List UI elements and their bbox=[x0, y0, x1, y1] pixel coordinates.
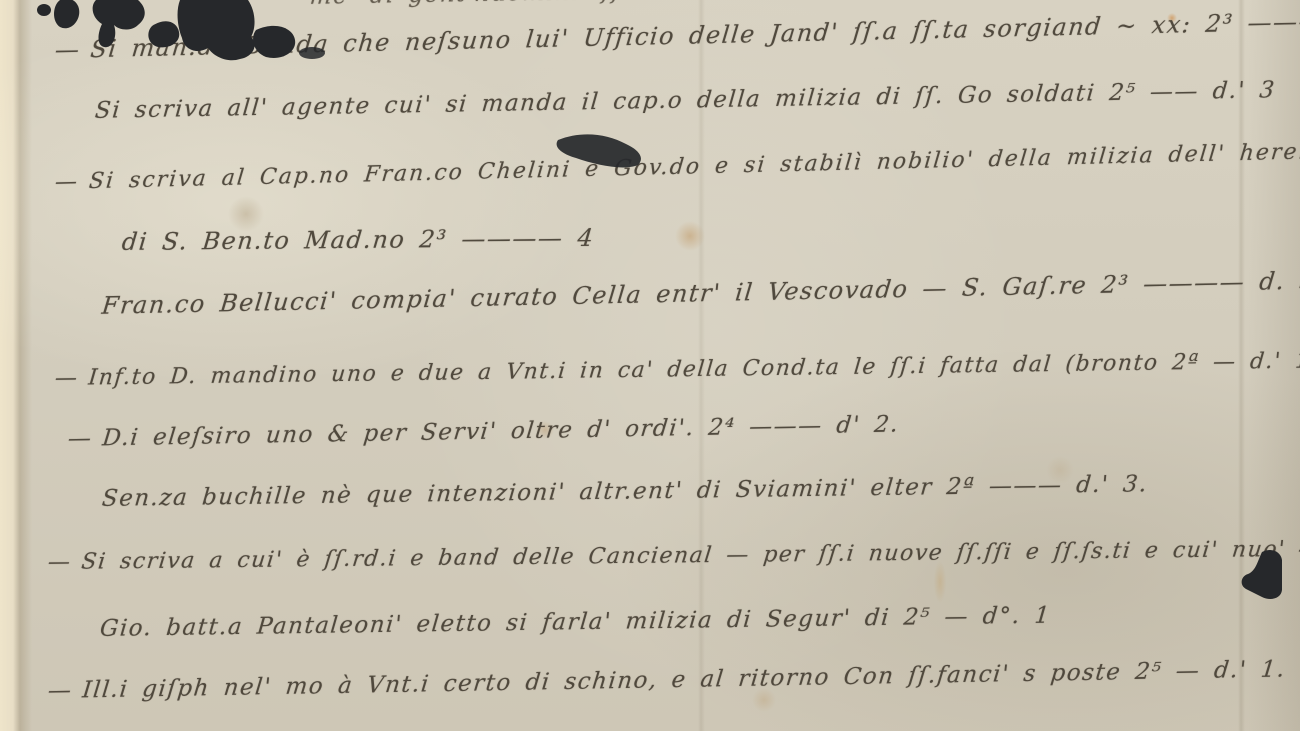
manuscript-line-10: —Si scriva a cui' è ſſ.rd.i e band delle… bbox=[47, 536, 1300, 575]
manuscript-line-4: —Si scriva al Cap.no Fran.co Chelini e G… bbox=[54, 139, 1300, 195]
entry-dash bbox=[91, 292, 94, 320]
entry-dash bbox=[89, 616, 91, 642]
entry-text: me' di gent'huomini' ſſ ℓ' ————— x 1 bbox=[309, 0, 851, 10]
entry-text: Fran.co Bellucci' compia' curato Cella e… bbox=[101, 266, 1300, 320]
manuscript-line-1: me' di gent'huomini' ſſ ℓ' ————— x 1 bbox=[299, 0, 851, 10]
entry-dash: — bbox=[47, 678, 74, 704]
entry-dash bbox=[84, 98, 86, 124]
manuscript-line-6: Fran.co Bellucci' compia' curato Cella e… bbox=[91, 266, 1300, 320]
manuscript-line-11: Gio. batt.a Pantaleoni' eletto si farla'… bbox=[89, 603, 1052, 642]
manuscript-line-2: —Si man.da Banda che neſsuno lui' Uffici… bbox=[54, 5, 1300, 64]
entry-dash bbox=[299, 0, 301, 10]
entry-text: di S. Ben.to Mad.no 2³ ———— 4 bbox=[121, 224, 596, 256]
manuscript-line-7: —Inf.to D. mandino uno e due a Vnt.i in … bbox=[54, 348, 1300, 391]
manuscript-line-3: Si scriva all' agente cui' si manda il c… bbox=[84, 77, 1277, 124]
entry-dash bbox=[111, 228, 114, 256]
entry-text: Gio. batt.a Pantaleoni' eletto si farla'… bbox=[99, 603, 1052, 642]
entry-text: Si scriva all' agente cui' si manda il c… bbox=[94, 77, 1277, 124]
ink-blot bbox=[54, 0, 79, 28]
entry-text: Si man.da Banda che neſsuno lui' Ufficio… bbox=[89, 5, 1300, 63]
ink-blot bbox=[37, 4, 51, 16]
entry-dash: — bbox=[54, 169, 80, 195]
manuscript-page: me' di gent'huomini' ſſ ℓ' ————— x 1 —Si… bbox=[0, 0, 1300, 731]
entry-text: Sen.za buchille nè que intenzioni' altr.… bbox=[101, 471, 1149, 512]
entry-text: Si scriva al Cap.no Fran.co Chelini e Go… bbox=[88, 139, 1300, 195]
entry-dash: — bbox=[54, 366, 80, 391]
entry-text: Ill.i giſph nel' mo à Vnt.i certo di sch… bbox=[81, 656, 1287, 703]
manuscript-line-8: —D.i eleſsiro uno & per Servi' oltre d' … bbox=[67, 411, 901, 452]
entry-dash: — bbox=[47, 550, 73, 575]
entry-dash: — bbox=[54, 35, 82, 64]
entry-dash: — bbox=[67, 426, 94, 452]
manuscript-line-9: Sen.za buchille nè que intenzioni' altr.… bbox=[91, 471, 1149, 512]
entry-text: Si scriva a cui' è ſſ.rd.i e band delle … bbox=[80, 536, 1300, 575]
manuscript-line-5: di S. Ben.to Mad.no 2³ ———— 4 bbox=[111, 224, 596, 256]
entry-text: D.i eleſsiro uno & per Servi' oltre d' o… bbox=[101, 411, 901, 451]
entry-text: Inf.to D. mandino uno e due a Vnt.i in c… bbox=[87, 348, 1300, 390]
manuscript-line-12: —Ill.i giſph nel' mo à Vnt.i certo di sc… bbox=[47, 656, 1288, 704]
entry-dash bbox=[91, 486, 93, 512]
